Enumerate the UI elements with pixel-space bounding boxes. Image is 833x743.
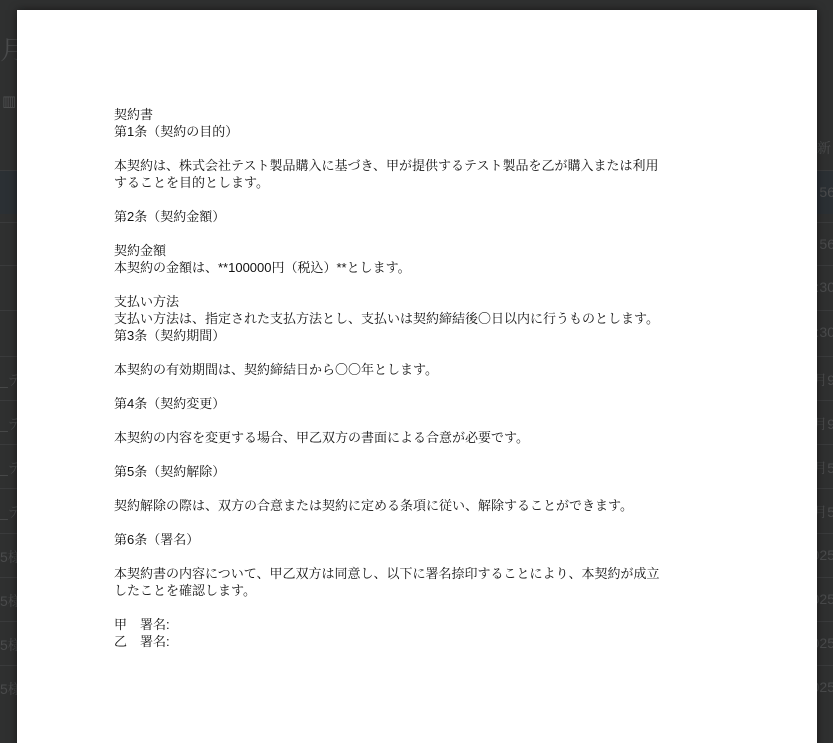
- document-title: 契約書: [114, 106, 734, 123]
- article-1-body-line1: 本契約は、株式会社テスト製品購入に基づき、甲が提供するテスト製品を乙が購入または…: [114, 157, 734, 174]
- payment-method-subheading: 支払い方法: [114, 293, 734, 310]
- article-5-heading: 第5条（契約解除）: [114, 463, 734, 480]
- article-2-heading: 第2条（契約金額）: [114, 208, 734, 225]
- article-3-body: 本契約の有効期間は、契約締結日から〇〇年とします。: [114, 361, 734, 378]
- contract-amount-text: 本契約の金額は、**100000円（税込）**とします。: [114, 259, 734, 276]
- article-3-heading: 第3条（契約期間）: [114, 327, 734, 344]
- contract-document: 契約書 第1条（契約の目的） 本契約は、株式会社テスト製品購入に基づき、甲が提供…: [114, 106, 734, 650]
- article-1-body-line2: することを目的とします。: [114, 174, 734, 191]
- article-4-heading: 第4条（契約変更）: [114, 395, 734, 412]
- article-6-heading: 第6条（署名）: [114, 531, 734, 548]
- article-5-body: 契約解除の際は、双方の合意または契約に定める条項に従い、解除することができます。: [114, 497, 734, 514]
- contract-amount-subheading: 契約金額: [114, 242, 734, 259]
- signature-party-a: 甲 署名:: [114, 616, 734, 633]
- article-6-body-line2: したことを確認します。: [114, 582, 734, 599]
- article-1-heading: 第1条（契約の目的）: [114, 123, 734, 140]
- payment-method-text: 支払い方法は、指定された支払方法とし、支払いは契約締結後〇日以内に行うものとしま…: [114, 310, 734, 327]
- background-column-header: 新: [817, 138, 831, 158]
- article-4-body: 本契約の内容を変更する場合、甲乙双方の書面による合意が必要です。: [114, 429, 734, 446]
- article-6-body-line1: 本契約書の内容について、甲乙双方は同意し、以下に署名捺印することにより、本契約が…: [114, 565, 734, 582]
- signature-party-b: 乙 署名:: [114, 633, 734, 650]
- document-preview-modal[interactable]: 契約書 第1条（契約の目的） 本契約は、株式会社テスト製品購入に基づき、甲が提供…: [17, 10, 817, 743]
- background-grid-icon: ▥: [2, 92, 16, 110]
